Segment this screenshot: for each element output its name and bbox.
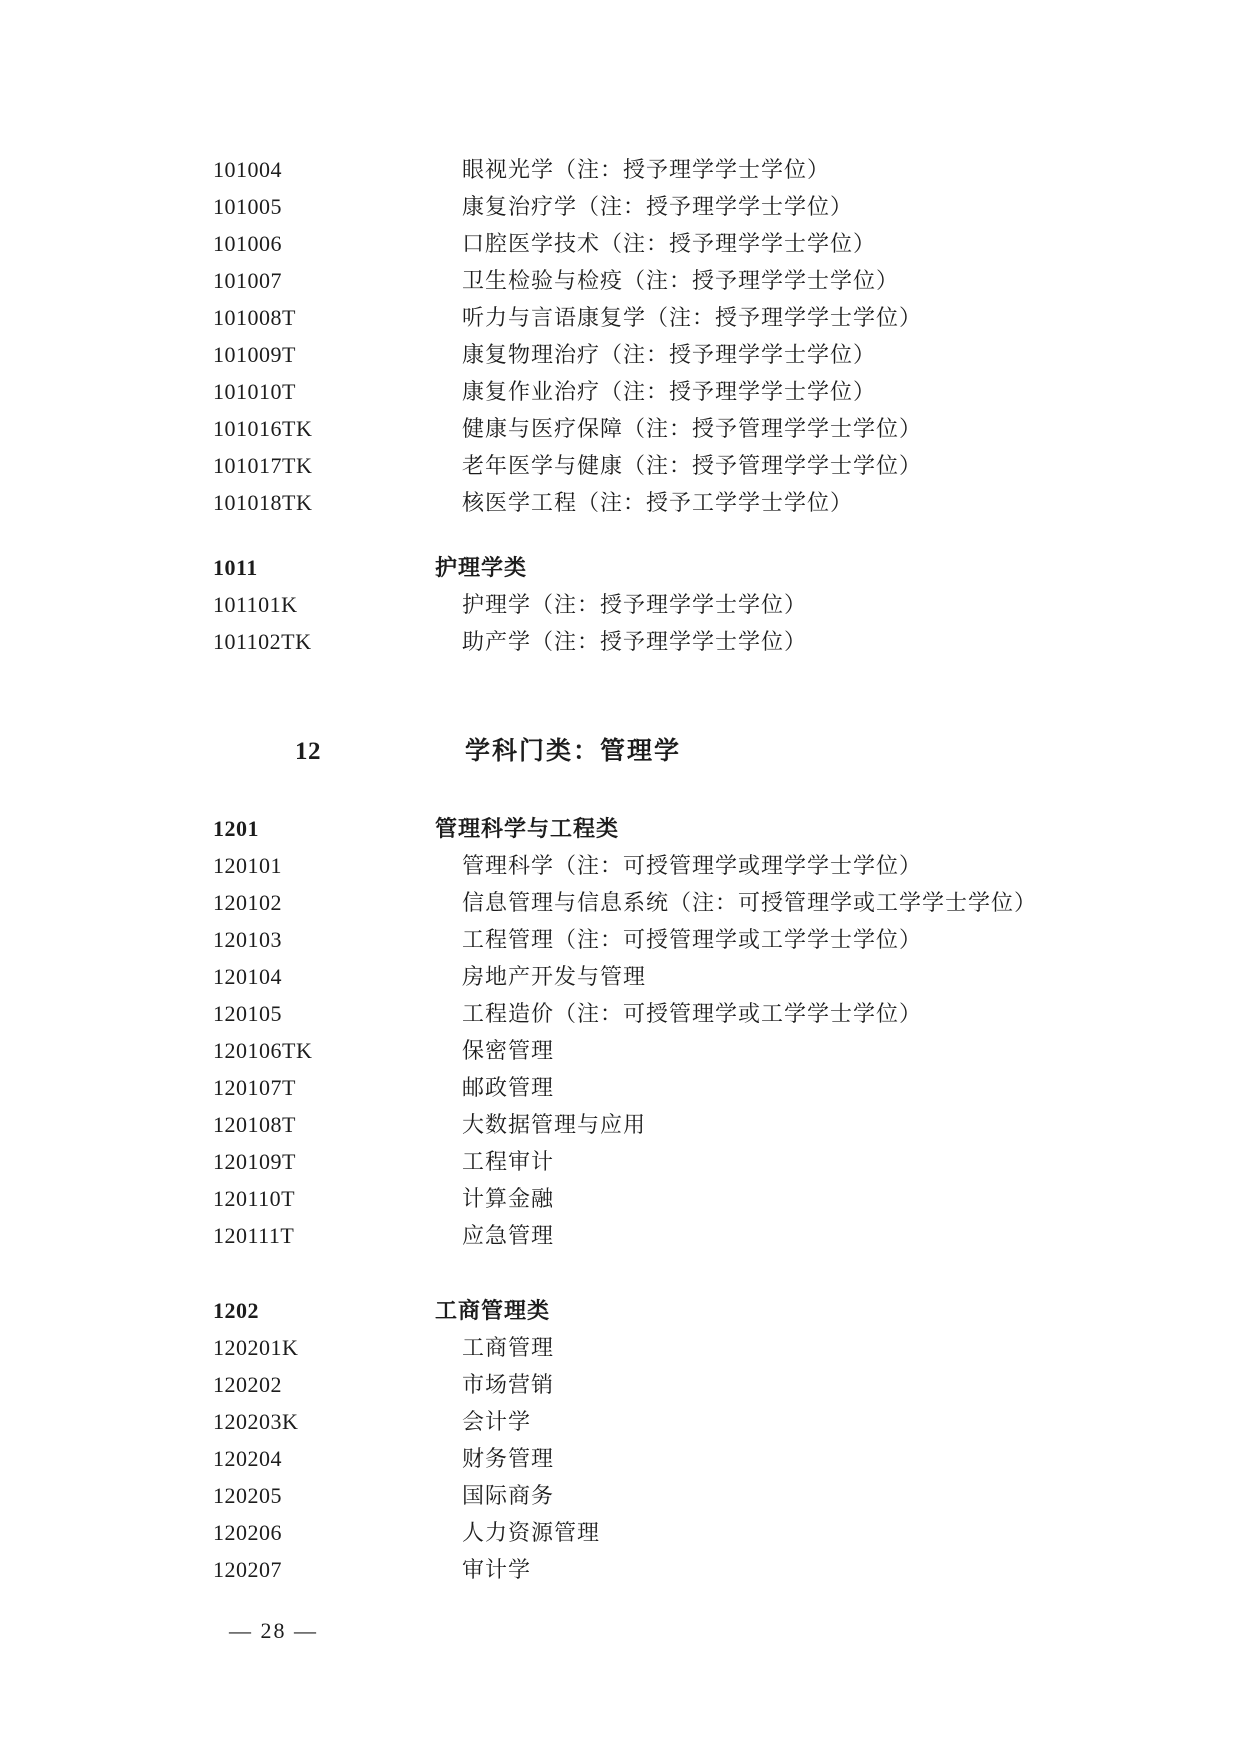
major-row: 101101K护理学（注：授予理学学士学位） (213, 586, 1201, 623)
major-name: 核医学工程（注：授予工学学士学位） (462, 484, 853, 521)
major-name: 大数据管理与应用 (462, 1106, 646, 1143)
major-code: 120111T (213, 1217, 462, 1254)
major-name: 老年医学与健康（注：授予管理学学士学位） (462, 447, 922, 484)
major-code: 120205 (213, 1477, 462, 1514)
major-code: 120110T (213, 1180, 462, 1217)
major-name: 国际商务 (462, 1477, 554, 1514)
major-code: 101009T (213, 336, 462, 373)
major-name: 听力与言语康复学（注：授予理学学士学位） (462, 299, 922, 336)
major-code: 101006 (213, 225, 462, 262)
major-name: 工程管理（注：可授管理学或工学学士学位） (462, 921, 922, 958)
major-row: 120104房地产开发与管理 (213, 958, 1201, 995)
major-row: 101017TK老年医学与健康（注：授予管理学学士学位） (213, 447, 1201, 484)
document-page: 101004眼视光学（注：授予理学学士学位）101005康复治疗学（注：授予理学… (0, 0, 1241, 1755)
major-row: 120105工程造价（注：可授管理学或工学学士学位） (213, 995, 1201, 1032)
major-code: 101101K (213, 586, 462, 623)
major-row: 101016TK健康与医疗保障（注：授予管理学学士学位） (213, 410, 1201, 447)
major-row: 120201K工商管理 (213, 1329, 1201, 1366)
major-name: 卫生检验与检疫（注：授予理学学士学位） (462, 262, 899, 299)
major-code: 120103 (213, 921, 462, 958)
major-row: 120106TK保密管理 (213, 1032, 1201, 1069)
major-code: 101005 (213, 188, 462, 225)
major-catalog-list: 101004眼视光学（注：授予理学学士学位）101005康复治疗学（注：授予理学… (213, 151, 1201, 1588)
major-row: 101010T康复作业治疗（注：授予理学学士学位） (213, 373, 1201, 410)
major-name: 康复物理治疗（注：授予理学学士学位） (462, 336, 876, 373)
division-title: 学科门类：管理学 (465, 732, 681, 772)
major-row: 101006口腔医学技术（注：授予理学学士学位） (213, 225, 1201, 262)
major-code: 101007 (213, 262, 462, 299)
major-name: 康复治疗学（注：授予理学学士学位） (462, 188, 853, 225)
major-row: 120203K会计学 (213, 1403, 1201, 1440)
major-name: 工商管理 (462, 1329, 554, 1366)
major-code: 101018TK (213, 484, 462, 521)
major-row: 120109T工程审计 (213, 1143, 1201, 1180)
major-row: 101007卫生检验与检疫（注：授予理学学士学位） (213, 262, 1201, 299)
major-code: 120206 (213, 1514, 462, 1551)
major-row: 101008T听力与言语康复学（注：授予理学学士学位） (213, 299, 1201, 336)
major-name: 信息管理与信息系统（注：可授管理学或工学学士学位） (462, 884, 1037, 921)
major-row: 120204财务管理 (213, 1440, 1201, 1477)
major-code: 120102 (213, 884, 462, 921)
major-row: 120108T大数据管理与应用 (213, 1106, 1201, 1143)
major-name: 审计学 (462, 1551, 531, 1588)
major-row: 101004眼视光学（注：授予理学学士学位） (213, 151, 1201, 188)
major-name: 健康与医疗保障（注：授予管理学学士学位） (462, 410, 922, 447)
major-code: 120202 (213, 1366, 462, 1403)
major-name: 助产学（注：授予理学学士学位） (462, 623, 807, 660)
major-code: 120107T (213, 1069, 462, 1106)
major-name: 财务管理 (462, 1440, 554, 1477)
category-name: 工商管理类 (435, 1292, 550, 1329)
major-name: 工程造价（注：可授管理学或工学学士学位） (462, 995, 922, 1032)
major-code: 120106TK (213, 1032, 462, 1069)
major-row: 101102TK助产学（注：授予理学学士学位） (213, 623, 1201, 660)
major-code: 120201K (213, 1329, 462, 1366)
major-code: 120104 (213, 958, 462, 995)
major-name: 人力资源管理 (462, 1514, 600, 1551)
major-name: 护理学（注：授予理学学士学位） (462, 586, 807, 623)
category-code: 1201 (213, 810, 435, 847)
major-row: 120206人力资源管理 (213, 1514, 1201, 1551)
category-name: 管理科学与工程类 (435, 810, 619, 847)
major-code: 101016TK (213, 410, 462, 447)
major-row: 120207审计学 (213, 1551, 1201, 1588)
category-row: 1011护理学类 (213, 549, 1201, 586)
major-code: 101010T (213, 373, 462, 410)
major-code: 120108T (213, 1106, 462, 1143)
major-code: 120203K (213, 1403, 462, 1440)
major-name: 邮政管理 (462, 1069, 554, 1106)
major-name: 管理科学（注：可授管理学或理学学士学位） (462, 847, 922, 884)
major-row: 120205国际商务 (213, 1477, 1201, 1514)
major-code: 101004 (213, 151, 462, 188)
major-name: 房地产开发与管理 (462, 958, 646, 995)
major-name: 计算金融 (462, 1180, 554, 1217)
major-row: 120107T邮政管理 (213, 1069, 1201, 1106)
category-row: 1202工商管理类 (213, 1292, 1201, 1329)
major-row: 101005康复治疗学（注：授予理学学士学位） (213, 188, 1201, 225)
major-name: 工程审计 (462, 1143, 554, 1180)
major-code: 120207 (213, 1551, 462, 1588)
major-name: 应急管理 (462, 1217, 554, 1254)
major-code: 101008T (213, 299, 462, 336)
major-row: 120102信息管理与信息系统（注：可授管理学或工学学士学位） (213, 884, 1201, 921)
category-code: 1011 (213, 549, 435, 586)
major-name: 口腔医学技术（注：授予理学学士学位） (462, 225, 876, 262)
major-code: 101102TK (213, 623, 462, 660)
major-code: 120101 (213, 847, 462, 884)
major-row: 120202市场营销 (213, 1366, 1201, 1403)
category-row: 1201管理科学与工程类 (213, 810, 1201, 847)
major-code: 120105 (213, 995, 462, 1032)
major-row: 120110T计算金融 (213, 1180, 1201, 1217)
major-name: 会计学 (462, 1403, 531, 1440)
major-name: 眼视光学（注：授予理学学士学位） (462, 151, 830, 188)
division-heading: 12学科门类：管理学 (213, 732, 1201, 772)
major-row: 120111T应急管理 (213, 1217, 1201, 1254)
major-name: 康复作业治疗（注：授予理学学士学位） (462, 373, 876, 410)
major-code: 120204 (213, 1440, 462, 1477)
major-name: 市场营销 (462, 1366, 554, 1403)
category-name: 护理学类 (435, 549, 527, 586)
major-code: 120109T (213, 1143, 462, 1180)
major-row: 120101管理科学（注：可授管理学或理学学士学位） (213, 847, 1201, 884)
major-row: 101018TK核医学工程（注：授予工学学士学位） (213, 484, 1201, 521)
major-code: 101017TK (213, 447, 462, 484)
division-number: 12 (295, 732, 465, 772)
major-row: 101009T康复物理治疗（注：授予理学学士学位） (213, 336, 1201, 373)
page-number: — 28 — (229, 1616, 1201, 1646)
category-code: 1202 (213, 1292, 435, 1329)
major-name: 保密管理 (462, 1032, 554, 1069)
major-row: 120103工程管理（注：可授管理学或工学学士学位） (213, 921, 1201, 958)
